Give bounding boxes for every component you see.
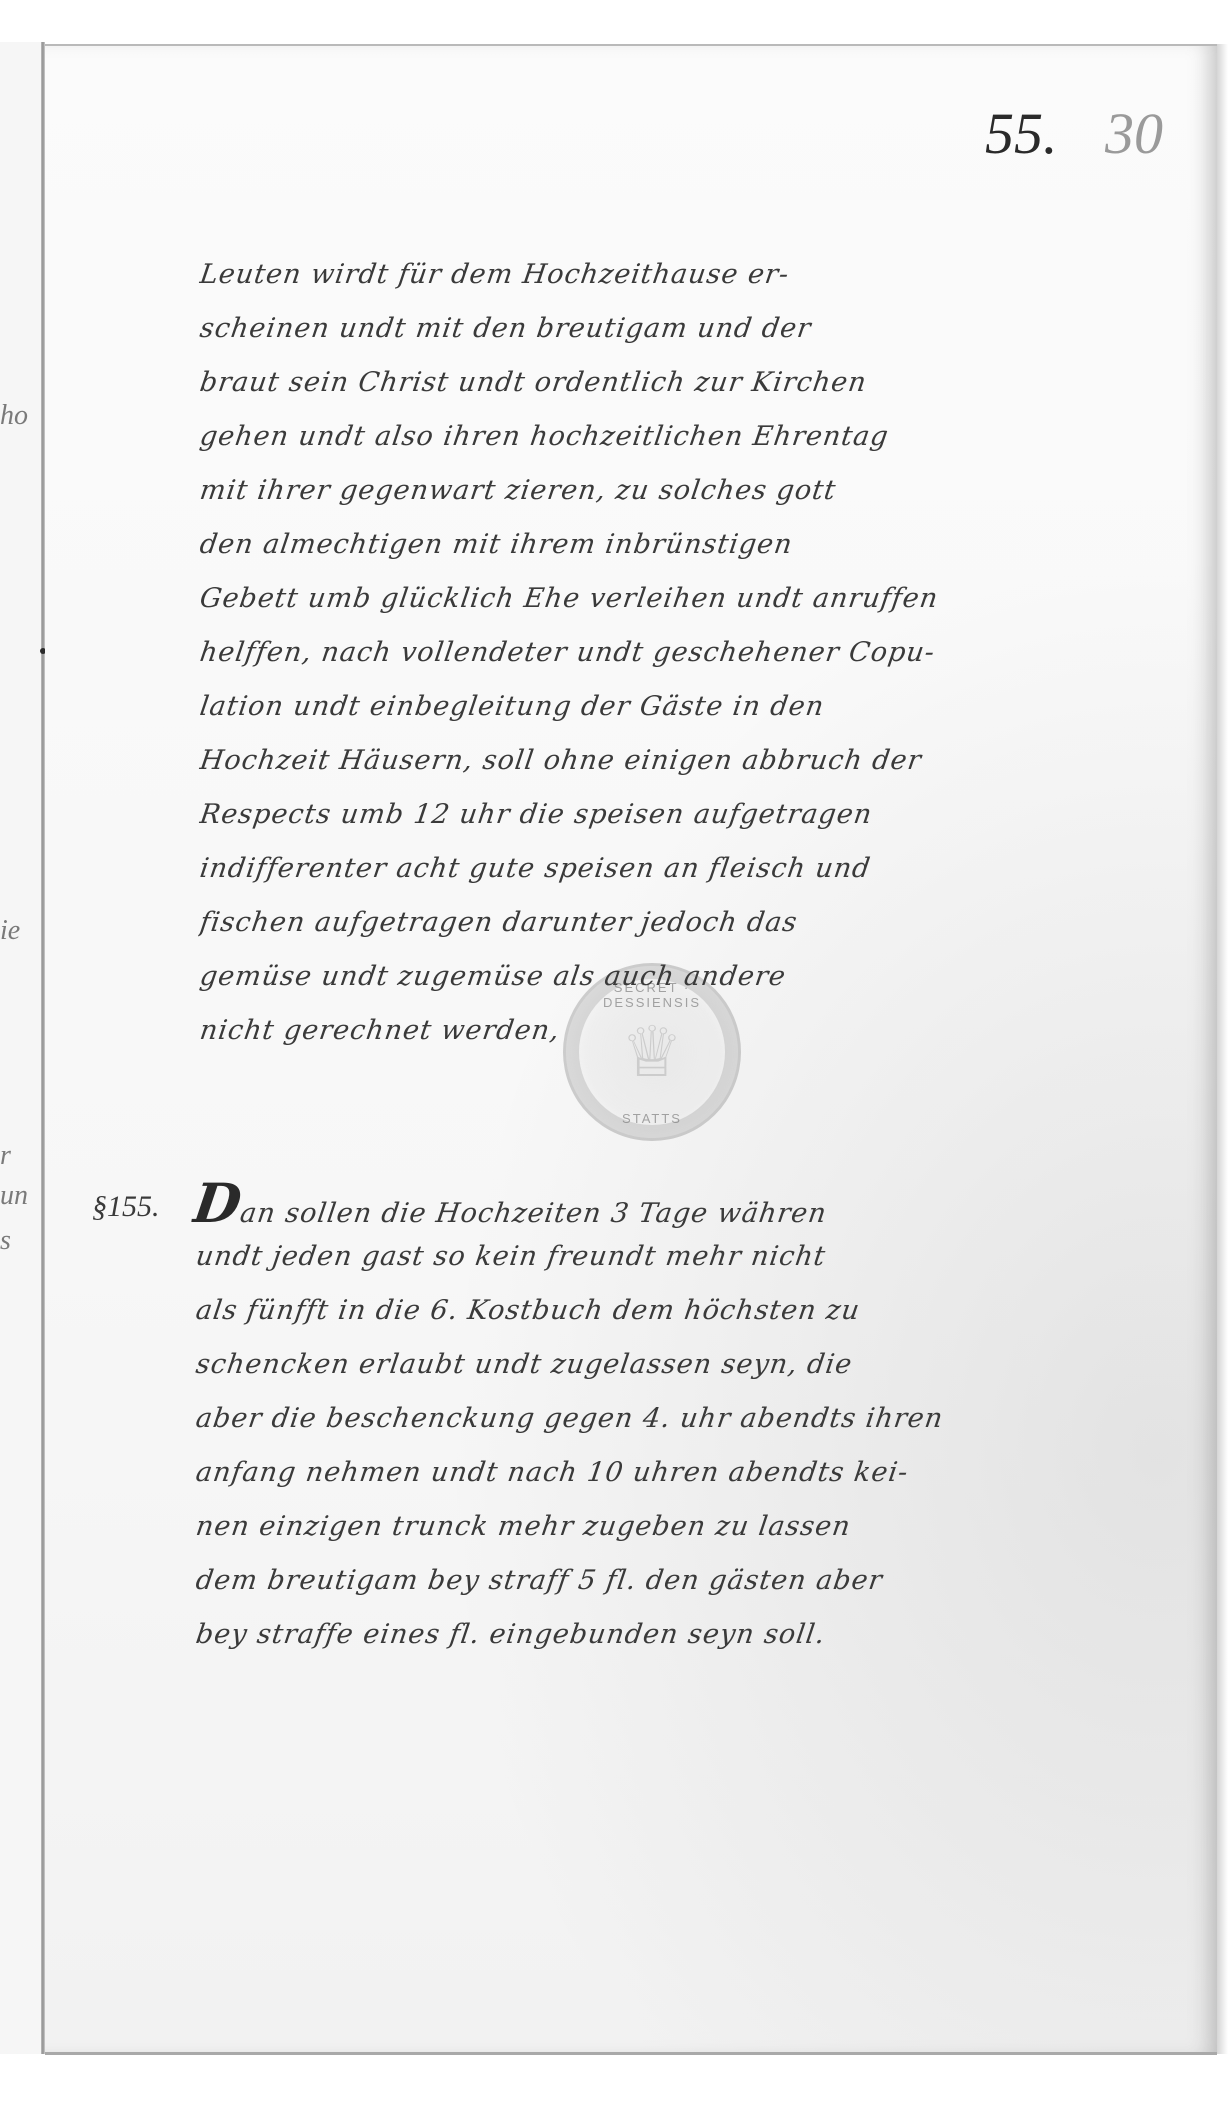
folio-number-pencil: 30	[1105, 100, 1163, 167]
text-line: lation undt einbegleitung der Gäste in d…	[196, 680, 1194, 734]
facing-page-fragment: ho	[0, 400, 40, 432]
text-line: mit ihrer gegenwart zieren, zu solches g…	[196, 464, 1194, 518]
folio-number-ink: 55.	[985, 100, 1058, 167]
paragraph-1: Leuten wirdt für dem Hochzeithause er- s…	[200, 248, 1190, 1058]
text-line: nen einzigen trunck mehr zugeben zu lass…	[192, 1500, 1190, 1554]
text-line: anfang nehmen undt nach 10 uhren abendts…	[192, 1446, 1190, 1500]
text-line: gehen undt also ihren hochzeitlichen Ehr…	[196, 410, 1194, 464]
initial-letter: D	[190, 1176, 246, 1230]
text-line: den almechtigen mit ihrem inbrünstigen	[196, 518, 1194, 572]
text-line: Respects umb 12 uhr die speisen aufgetra…	[196, 788, 1194, 842]
text-line: schencken erlaubt undt zugelassen seyn, …	[192, 1338, 1190, 1392]
text-line: bey straffe eines fl. eingebunden seyn s…	[192, 1608, 1190, 1662]
text-line: braut sein Christ undt ordentlich zur Ki…	[196, 356, 1194, 410]
text-line: scheinen undt mit den breutigam und der	[196, 302, 1194, 356]
section-margin-note: §155.	[92, 1190, 160, 1224]
text-line-content: an sollen die Hochzeiten 3 Tage währen	[238, 1198, 829, 1229]
facing-page: ho ie r un s	[0, 42, 44, 2054]
seal-inscription-bottom: STATTS	[566, 1111, 738, 1126]
text-line: Hochzeit Häusern, soll ohne einigen abbr…	[196, 734, 1194, 788]
text-line: aber die beschenckung gegen 4. uhr abend…	[192, 1392, 1190, 1446]
text-line: undt jeden gast so kein freundt mehr nic…	[192, 1230, 1190, 1284]
text-line-first: Dan sollen die Hochzeiten 3 Tage währen	[190, 1176, 1190, 1230]
paragraph-2: Dan sollen die Hochzeiten 3 Tage währen …	[196, 1176, 1186, 1662]
facing-page-fragment: r	[0, 1140, 40, 1172]
text-line: nicht gerechnet werden,	[196, 1004, 1194, 1058]
facing-page-fragment: ie	[0, 915, 40, 947]
page-edge	[1217, 44, 1228, 2054]
text-line: gemüse undt zugemüse als auch andere	[196, 950, 1194, 1004]
text-line: fischen aufgetragen darunter jedoch das	[196, 896, 1194, 950]
text-line: Leuten wirdt für dem Hochzeithause er-	[196, 248, 1194, 302]
text-line: als fünfft in die 6. Kostbuch dem höchst…	[192, 1284, 1190, 1338]
text-line: helffen, nach vollendeter undt geschehen…	[196, 626, 1194, 680]
text-line: dem breutigam bey straff 5 fl. den gäste…	[192, 1554, 1190, 1608]
facing-page-fragment: un	[0, 1180, 40, 1212]
text-line: indifferenter acht gute speisen an fleis…	[196, 842, 1194, 896]
facing-page-fragment: s	[0, 1225, 40, 1257]
text-line: Gebett umb glücklich Ehe verleihen undt …	[196, 572, 1194, 626]
